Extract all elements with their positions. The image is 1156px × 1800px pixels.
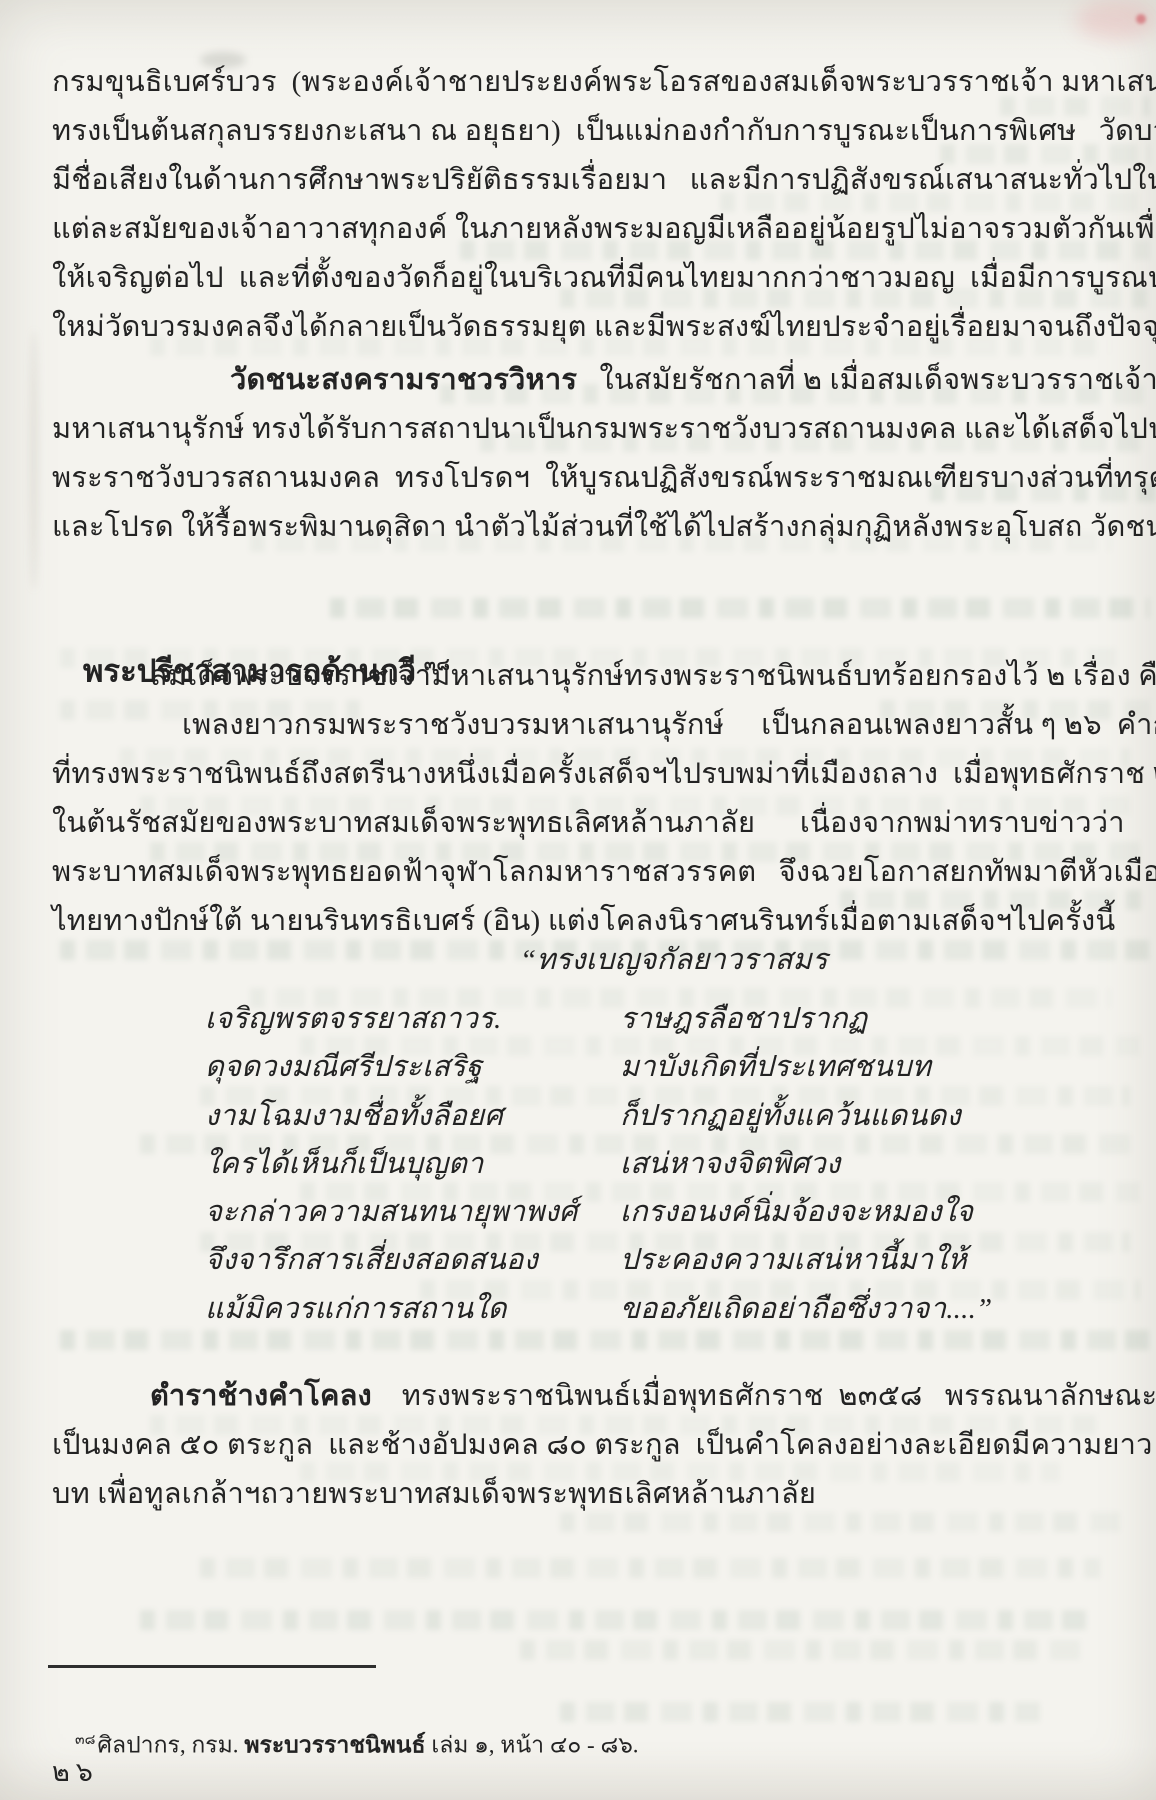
- pink-smudge: [1076, 0, 1156, 40]
- poem-couplet: แม้มิควรแก่การสถานใดขออภัยเถิดอย่าถือซึ่…: [205, 1285, 1115, 1333]
- text-line: ในต้นรัชสมัยของพระบาทสมเด็จพระพุทธเลิศหล…: [52, 799, 1156, 848]
- footnote-detail: เล่ม ๑, หน้า ๔๐ - ๘๖.: [426, 1733, 639, 1758]
- run-in-heading: วัดชนะสงครามราชวรวิหาร: [230, 364, 577, 396]
- paragraph-royal-compositions: สมเด็จพระบวรราชเจ้ามหาเสนานุรักษ์ทรงพระร…: [52, 652, 1156, 946]
- poem-couplet: จึงจารึกสารเสี่ยงสอดสนองประคองความเสน่หา…: [205, 1236, 1115, 1284]
- text-line: บท เพื่อทูลเกล้าฯถวายพระบาทสมเด็จพระพุทธ…: [52, 1470, 1156, 1519]
- bleed-through-artifact: [200, 1558, 1100, 1578]
- poem-couplet: ดุจดวงมณีศรีประเสริฐมาบังเกิดที่ประเทศชน…: [205, 1043, 1115, 1091]
- scanned-document-page: กรมขุนธิเบศร์บวร (พระองค์เจ้าชายประยงค์พ…: [0, 0, 1156, 1800]
- text-line: วัดชนะสงครามราชวรวิหาร ในสมัยรัชกาลที่ ๒…: [52, 356, 1156, 405]
- footnote-author: ศิลปากร, กรม.: [97, 1733, 244, 1758]
- footnote-number: ๓๘: [75, 1733, 95, 1748]
- poem-couplet: ใครได้เห็นก็เป็นบุญตาเสน่หาจงจิตพิศวง: [205, 1140, 1115, 1188]
- footnote-separator-rule: [48, 1665, 376, 1668]
- page-number: ๒๖: [52, 1750, 99, 1793]
- text-line: ตำราช้างคำโคลง ทรงพระราชนิพนธ์เมื่อพุทธศ…: [52, 1372, 1156, 1421]
- footnote: ๓๘ศิลปากร, กรม. พระบวรราชนิพนธ์ เล่ม ๑, …: [52, 1690, 639, 1797]
- text-line: เพลงยาวกรมพระราชวังบวรมหาเสนานุรักษ์ เป็…: [52, 701, 1156, 750]
- bleed-through-artifact: [330, 598, 1150, 618]
- text-line: พระราชวังบวรสถานมงคล ทรงโปรดฯ ให้บูรณปฏิ…: [52, 454, 1156, 503]
- text-line: มีชื่อเสียงในด้านการศึกษาพระปริยัติธรรมเ…: [52, 156, 1156, 205]
- paragraph-tamra-chang: ตำราช้างคำโคลง ทรงพระราชนิพนธ์เมื่อพุทธศ…: [52, 1372, 1156, 1519]
- paragraph-wat-bowonmongkhon: กรมขุนธิเบศร์บวร (พระองค์เจ้าชายประยงค์พ…: [52, 58, 1156, 352]
- footnote-book-title: พระบวรราชนิพนธ์: [244, 1733, 425, 1758]
- text-line: และโปรด ให้รื้อพระพิมานดุสิดา นำตัวไม้ส่…: [52, 503, 1156, 552]
- poem-couplet: เจริญพรตจรรยาสถาวร.ราษฎรลือชาปรากฏ: [205, 995, 1115, 1043]
- poem-opening-line: “ทรงเบญจกัลยาวราสมร: [520, 936, 828, 985]
- bleed-through-artifact: [140, 1610, 1090, 1630]
- text-line: แต่ละสมัยของเจ้าอาวาสทุกองค์ ในภายหลังพร…: [52, 205, 1156, 254]
- text-line: สมเด็จพระบวรราชเจ้ามหาเสนานุรักษ์ทรงพระร…: [52, 652, 1156, 701]
- poem-couplet: จะกล่าวความสนทนายุพาพงศ์เกรงอนงค์นิ่มจ้อ…: [205, 1188, 1115, 1236]
- text-line: พระบาทสมเด็จพระพุทธยอดฟ้าจุฬาโลกมหาราชสว…: [52, 848, 1156, 897]
- text-line: เป็นมงคล ๕๐ ตระกูล และช้างอัปมงคล ๘๐ ตระ…: [52, 1421, 1156, 1470]
- text-line: ให้เจริญต่อไป และที่ตั้งของวัดก็อยู่ในบร…: [52, 254, 1156, 303]
- pink-dot-mark: [1136, 14, 1146, 24]
- bleed-through-artifact: [520, 1640, 1080, 1660]
- edge-streak: [30, 330, 38, 590]
- poem-couplet: งามโฉมงามชื่อทั้งลือยศก็ปรากฏอยู่ทั้งแคว…: [205, 1092, 1115, 1140]
- text-line: ทรงเป็นต้นสกุลบรรยงกะเสนา ณ อยุธยา) เป็น…: [52, 107, 1156, 156]
- text-line: มหาเสนานุรักษ์ ทรงได้รับการสถาปนาเป็นกรม…: [52, 405, 1156, 454]
- run-in-heading: ตำราช้างคำโคลง: [150, 1380, 372, 1412]
- poem-couplets: เจริญพรตจรรยาสถาวร.ราษฎรลือชาปรากฏ ดุจดว…: [205, 995, 1115, 1333]
- paragraph-wat-chana-songkhram: วัดชนะสงครามราชวรวิหาร ในสมัยรัชกาลที่ ๒…: [52, 356, 1156, 552]
- text-line: ใหม่วัดบวรมงคลจึงได้กลายเป็นวัดธรรมยุต แ…: [52, 303, 1156, 352]
- text-line: ที่ทรงพระราชนิพนธ์ถึงสตรีนางหนึ่งเมื่อคร…: [52, 750, 1156, 799]
- text-line: กรมขุนธิเบศร์บวร (พระองค์เจ้าชายประยงค์พ…: [52, 58, 1156, 107]
